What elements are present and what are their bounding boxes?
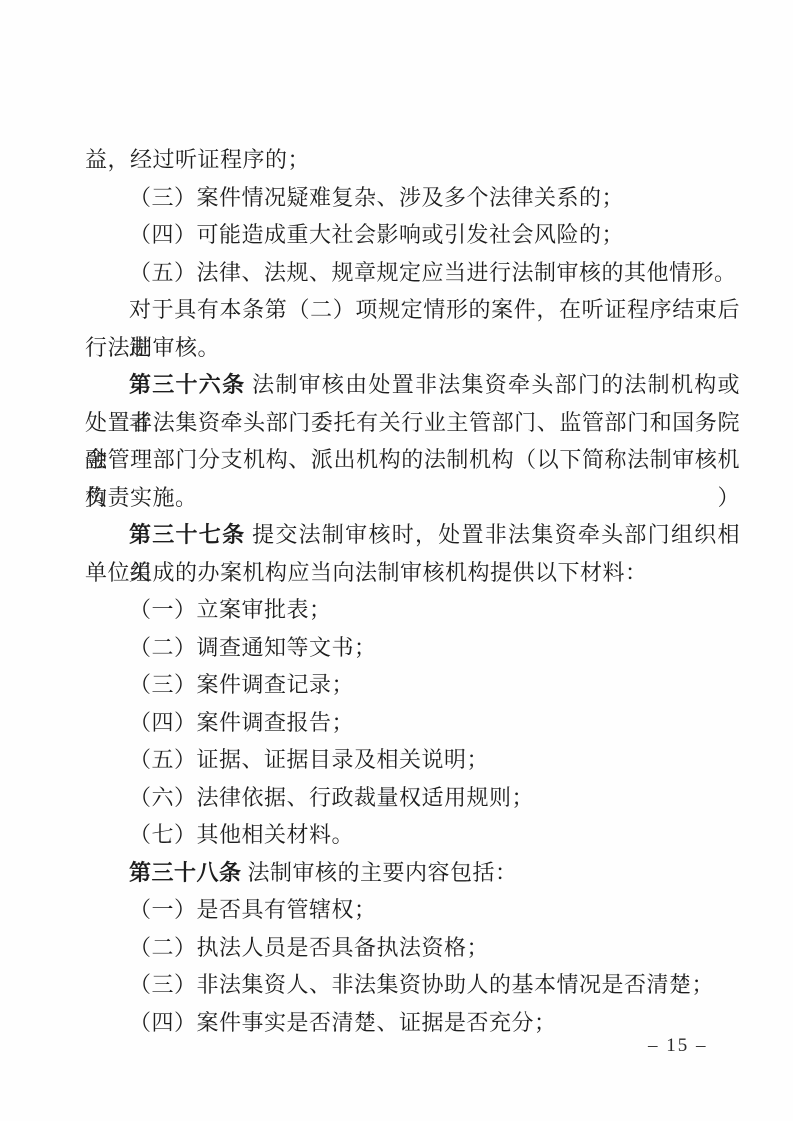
page-number: – 15 – — [648, 1035, 708, 1057]
text-line: （二）执法人员是否具备执法资格； — [85, 929, 740, 967]
text-line: 处置非法集资牵头部门委托有关行业主管部门、监管部门和国务院金 — [85, 404, 740, 442]
text-line: （四）案件调查报告； — [85, 704, 740, 742]
text-segment: （六）法律依据、行政裁量权适用规则； — [129, 785, 534, 810]
text-line: 对于具有本条第（二）项规定情形的案件，在听证程序结束后进 — [85, 291, 740, 329]
text-line: （一）是否具有管辖权； — [85, 891, 740, 929]
article-number: 第三十七条 — [129, 522, 245, 547]
text-segment: （四）案件调查报告； — [129, 710, 354, 735]
text-line: 第三十七条 提交法制审核时，处置非法集资牵头部门组织相关 — [85, 516, 740, 554]
document-page: 益，经过听证程序的；（三）案件情况疑难复杂、涉及多个法律关系的；（四）可能造成重… — [0, 0, 793, 1121]
article-number: 第三十八条 — [129, 860, 242, 885]
text-line: （四）案件事实是否清楚、证据是否充分； — [85, 1004, 740, 1042]
text-segment: （三）案件情况疑难复杂、涉及多个法律关系的； — [129, 185, 624, 210]
text-segment: （三）案件调查记录； — [129, 672, 354, 697]
text-line: 单位组成的办案机构应当向法制审核机构提供以下材料： — [85, 554, 740, 592]
text-line: 第三十八条 法制审核的主要内容包括： — [85, 854, 740, 892]
text-line: （五）法律、法规、规章规定应当进行法制审核的其他情形。 — [85, 254, 740, 292]
text-line: 益，经过听证程序的； — [85, 141, 740, 179]
text-line: 行法制审核。 — [85, 329, 740, 367]
text-line: （六）法律依据、行政裁量权适用规则； — [85, 779, 740, 817]
text-line: （一）立案审批表； — [85, 591, 740, 629]
text-line: 融管理部门分支机构、派出机构的法制机构（以下简称法制审核机构） — [85, 441, 740, 479]
text-segment: （四）案件事实是否清楚、证据是否充分； — [129, 1010, 557, 1035]
text-segment: （七）其他相关材料。 — [129, 822, 354, 847]
text-segment: （一）立案审批表； — [129, 597, 332, 622]
text-segment: 负责实施。 — [85, 485, 198, 510]
text-line: （三）案件调查记录； — [85, 666, 740, 704]
article-number: 第三十六条 — [129, 372, 245, 397]
text-line: 第三十六条 法制审核由处置非法集资牵头部门的法制机构或者 — [85, 366, 740, 404]
text-segment: 单位组成的办案机构应当向法制审核机构提供以下材料： — [85, 560, 648, 585]
text-segment: 行法制审核。 — [85, 335, 220, 360]
text-line: （三）案件情况疑难复杂、涉及多个法律关系的； — [85, 179, 740, 217]
text-segment: （五）法律、法规、规章规定应当进行法制审核的其他情形。 — [129, 260, 737, 285]
text-line: （三）非法集资人、非法集资协助人的基本情况是否清楚； — [85, 966, 740, 1004]
text-segment: （四）可能造成重大社会影响或引发社会风险的； — [129, 222, 624, 247]
text-segment: （一）是否具有管辖权； — [129, 897, 377, 922]
text-line: （二）调查通知等文书； — [85, 629, 740, 667]
text-segment: （五）证据、证据目录及相关说明； — [129, 747, 489, 772]
text-line: （七）其他相关材料。 — [85, 816, 740, 854]
text-segment: 法制审核的主要内容包括： — [242, 860, 518, 885]
document-body: 益，经过听证程序的；（三）案件情况疑难复杂、涉及多个法律关系的；（四）可能造成重… — [85, 141, 740, 1041]
text-segment: （三）非法集资人、非法集资协助人的基本情况是否清楚； — [129, 972, 714, 997]
text-line: （五）证据、证据目录及相关说明； — [85, 741, 740, 779]
text-segment: （二）执法人员是否具备执法资格； — [129, 935, 489, 960]
text-line: （四）可能造成重大社会影响或引发社会风险的； — [85, 216, 740, 254]
text-segment: （二）调查通知等文书； — [129, 635, 377, 660]
text-segment: 益，经过听证程序的； — [85, 147, 310, 172]
